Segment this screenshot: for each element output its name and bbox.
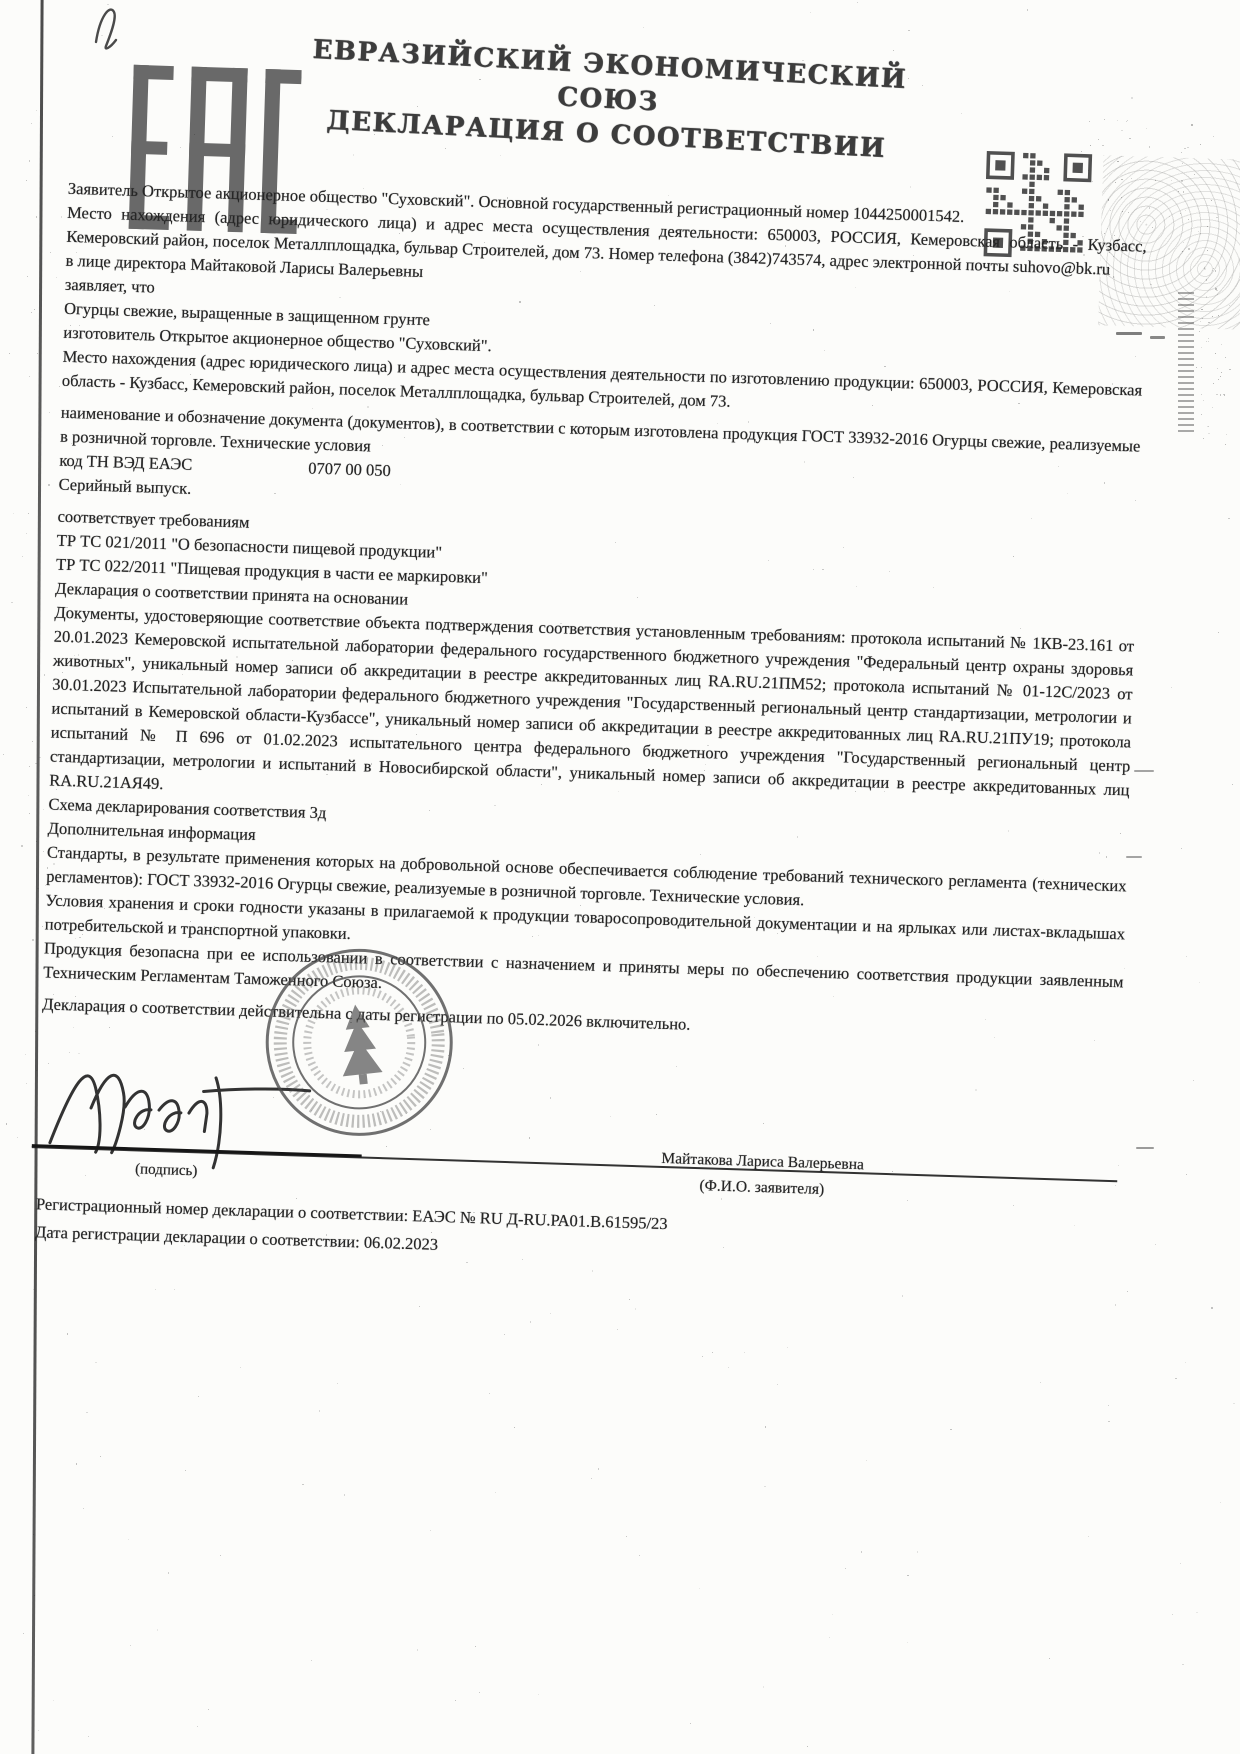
scan-artifact-dash [1150, 336, 1165, 339]
scanned-content: ЕВРАЗИЙСКИЙ ЭКОНОМИЧЕСКИЙ СОЮЗ ДЕКЛАРАЦИ… [0, 26, 1164, 1560]
tnved-label: код ТН ВЭД ЕАЭС [59, 451, 192, 474]
signer-identity: Майтакова Лариса Валерьевна (Ф.И.О. заяв… [597, 1144, 928, 1206]
scan-artifact-dash [1116, 332, 1142, 335]
scan-artifact-dash [1126, 856, 1142, 858]
signature-caption: (подпись) [135, 1157, 198, 1183]
declaration-body: Заявитель Открытое акционерное общество … [35, 177, 1148, 1282]
signature-block: (подпись) Майтакова Лариса Валерьевна (Ф… [36, 1034, 1120, 1226]
scan-artifact-strip [1178, 292, 1194, 432]
document-title: ЕВРАЗИЙСКИЙ ЭКОНОМИЧЕСКИЙ СОЮЗ ДЕКЛАРАЦИ… [271, 31, 945, 170]
basis-text: Документы, удостоверяющие соответствие о… [49, 601, 1134, 827]
scan-artifact-dash [1134, 770, 1154, 772]
tnved-code: 0707 00 050 [308, 456, 391, 483]
scan-artifact-dash [1136, 1147, 1154, 1149]
company-round-stamp [249, 932, 469, 1152]
declaration-document: ЕВРАЗИЙСКИЙ ЭКОНОМИЧЕСКИЙ СОЮЗ ДЕКЛАРАЦИ… [0, 0, 1240, 1754]
